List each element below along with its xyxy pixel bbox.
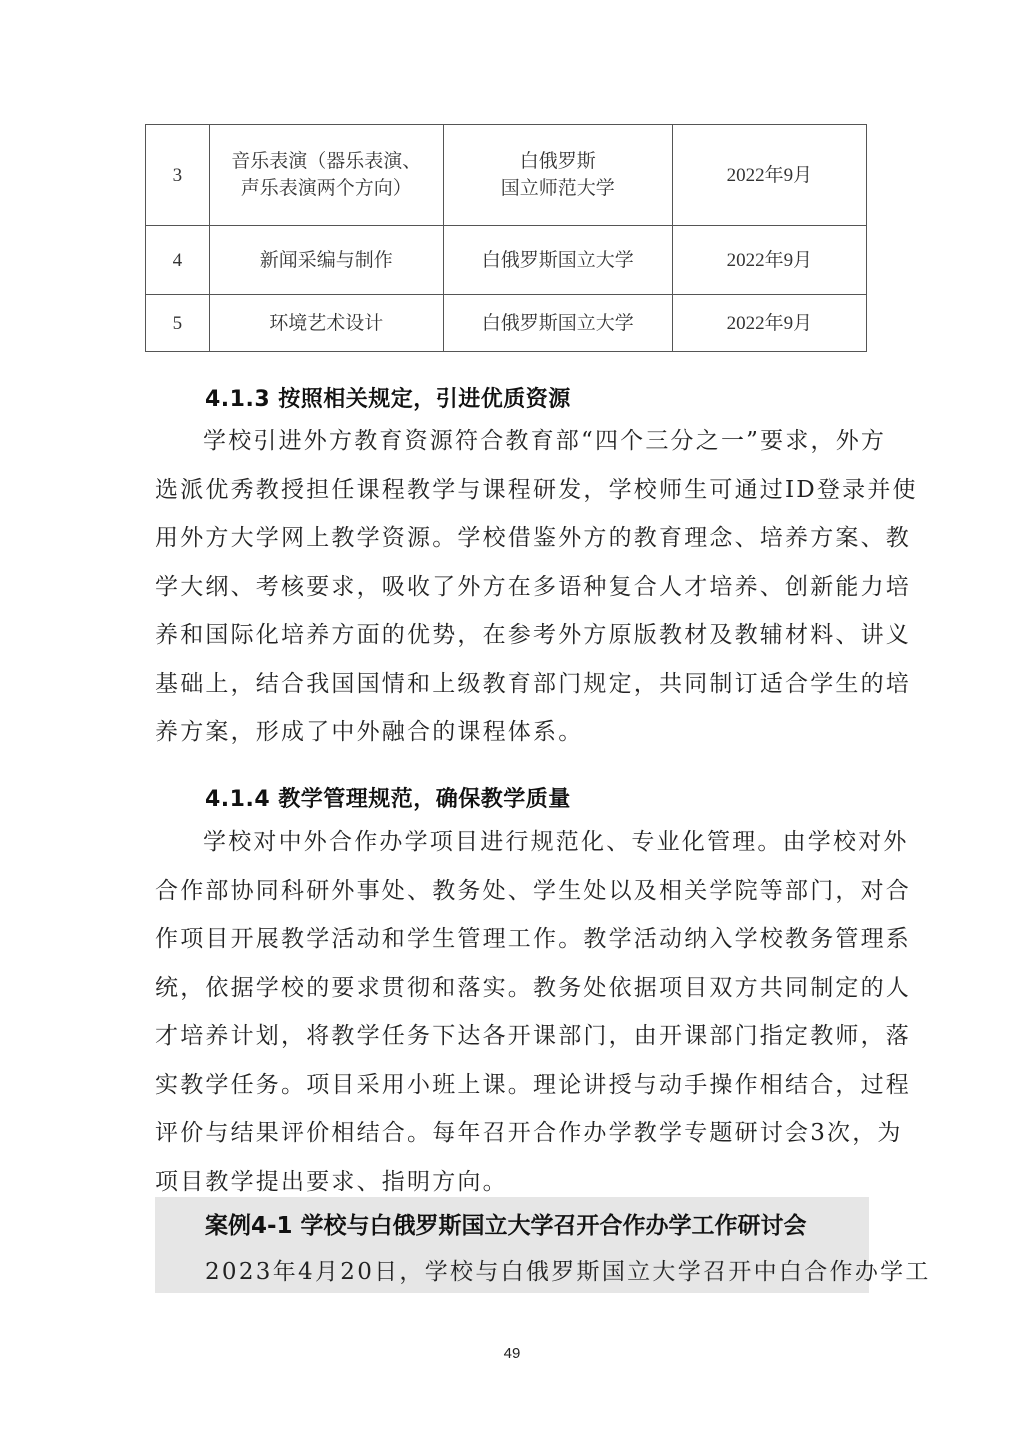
partner-cell: 白俄罗斯 国立师范大学 [443,125,672,226]
row-number: 5 [146,295,210,352]
case-study-title: 案例4-1 学校与白俄罗斯国立大学召开合作办学工作研讨会 [205,1207,807,1240]
major-cell: 音乐表演（器乐表演、 声乐表演两个方向） [209,125,443,226]
partner-line: 白俄罗斯 [450,148,666,175]
text-line: 养方案，形成了中外融合的课程体系。 [155,708,867,757]
text-line: 学校对中外合作办学项目进行规范化、专业化管理。由学校对外 [155,818,867,867]
paragraph-4-1-3: 学校引进外方教育资源符合教育部“四个三分之一”要求，外方 选派优秀教授担任课程教… [155,417,867,757]
text-line: 养和国际化培养方面的优势，在参考外方原版教材及教辅材料、讲义 [155,611,867,660]
table-row: 5 环境艺术设计 白俄罗斯国立大学 2022年9月 [146,295,867,352]
text-line: 选派优秀教授担任课程教学与课程研发，学校师生可通过ID登录并使 [155,466,867,515]
table-row: 4 新闻采编与制作 白俄罗斯国立大学 2022年9月 [146,226,867,295]
section-heading-4-1-3: 4.1.3 按照相关规定，引进优质资源 [205,382,571,413]
text-line: 评价与结果评价相结合。每年召开合作办学教学专题研讨会3次，为 [155,1109,867,1158]
text-line: 学大纲、考核要求，吸收了外方在多语种复合人才培养、创新能力培 [155,563,867,612]
document-page: 3 音乐表演（器乐表演、 声乐表演两个方向） 白俄罗斯 国立师范大学 2022年… [0,0,1024,1447]
row-number: 3 [146,125,210,226]
text-line: 合作部协同科研外事处、教务处、学生处以及相关学院等部门，对合 [155,867,867,916]
paragraph-4-1-4: 学校对中外合作办学项目进行规范化、专业化管理。由学校对外 合作部协同科研外事处、… [155,818,867,1206]
case-study-box: 案例4-1 学校与白俄罗斯国立大学召开合作办学工作研讨会 2023年4月20日，… [155,1197,869,1293]
start-date-cell: 2022年9月 [672,226,866,295]
start-date-cell: 2022年9月 [672,295,866,352]
major-line: 音乐表演（器乐表演、 [216,148,437,175]
major-cell: 新闻采编与制作 [209,226,443,295]
text-line: 才培养计划，将教学任务下达各开课部门，由开课部门指定教师，落 [155,1012,867,1061]
partner-cell: 白俄罗斯国立大学 [443,295,672,352]
section-heading-4-1-4: 4.1.4 教学管理规范，确保教学质量 [205,782,571,813]
text-line: 实教学任务。项目采用小班上课。理论讲授与动手操作相结合，过程 [155,1061,867,1110]
table-row: 3 音乐表演（器乐表演、 声乐表演两个方向） 白俄罗斯 国立师范大学 2022年… [146,125,867,226]
text-line: 统，依据学校的要求贯彻和落实。教务处依据项目双方共同制定的人 [155,964,867,1013]
text-line: 用外方大学网上教学资源。学校借鉴外方的教育理念、培养方案、教 [155,514,867,563]
text-line: 基础上，结合我国国情和上级教育部门规定，共同制订适合学生的培 [155,660,867,709]
text-line: 作项目开展教学活动和学生管理工作。教学活动纳入学校教务管理系 [155,915,867,964]
start-date-cell: 2022年9月 [672,125,866,226]
text-line: 学校引进外方教育资源符合教育部“四个三分之一”要求，外方 [155,417,867,466]
major-line: 声乐表演两个方向） [216,175,437,202]
partner-line: 国立师范大学 [450,175,666,202]
major-cell: 环境艺术设计 [209,295,443,352]
program-table: 3 音乐表演（器乐表演、 声乐表演两个方向） 白俄罗斯 国立师范大学 2022年… [145,124,867,352]
case-study-text: 2023年4月20日，学校与白俄罗斯国立大学召开中白合作办学工 [205,1253,931,1286]
row-number: 4 [146,226,210,295]
page-number: 49 [0,1345,1024,1362]
partner-cell: 白俄罗斯国立大学 [443,226,672,295]
